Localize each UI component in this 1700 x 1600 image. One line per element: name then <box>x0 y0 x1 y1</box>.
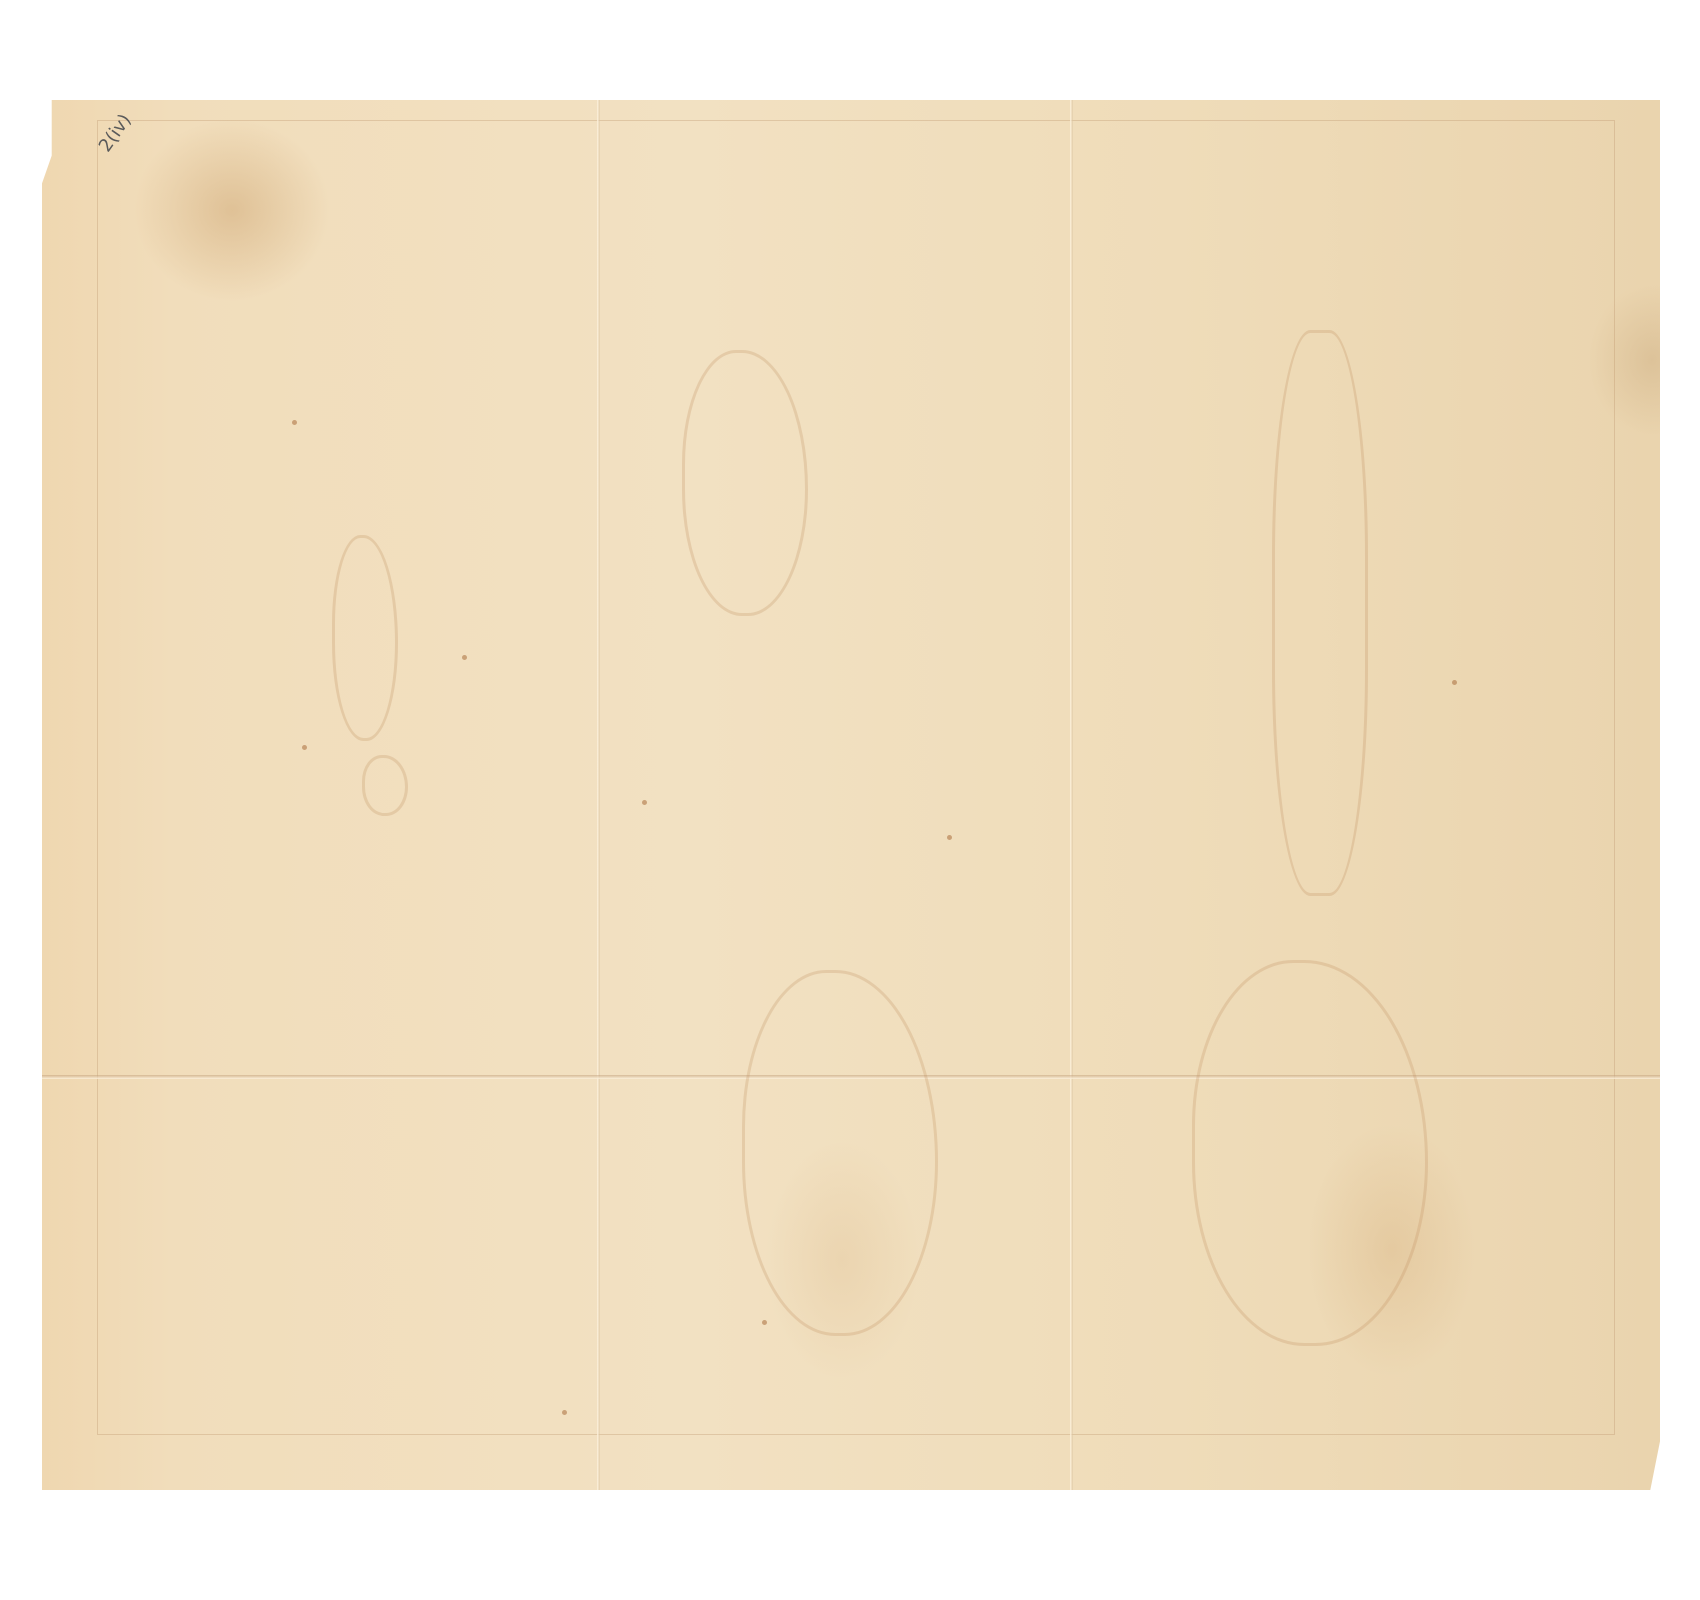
foxing-spot <box>1452 680 1457 685</box>
foxing-spot <box>562 1410 567 1415</box>
foxing-spot <box>642 800 647 805</box>
foxing-spot <box>462 655 467 660</box>
paper-sheet: 2(iv) <box>42 100 1660 1490</box>
foxing-spot <box>292 420 297 425</box>
show-through-island-2 <box>362 755 408 816</box>
foxing-spot <box>762 1320 767 1325</box>
show-through-coast-2 <box>1272 330 1368 896</box>
foxing-spot <box>947 835 952 840</box>
vertical-fold-1 <box>597 100 600 1490</box>
foxing-spot <box>302 745 307 750</box>
vertical-fold-2 <box>1070 100 1073 1490</box>
